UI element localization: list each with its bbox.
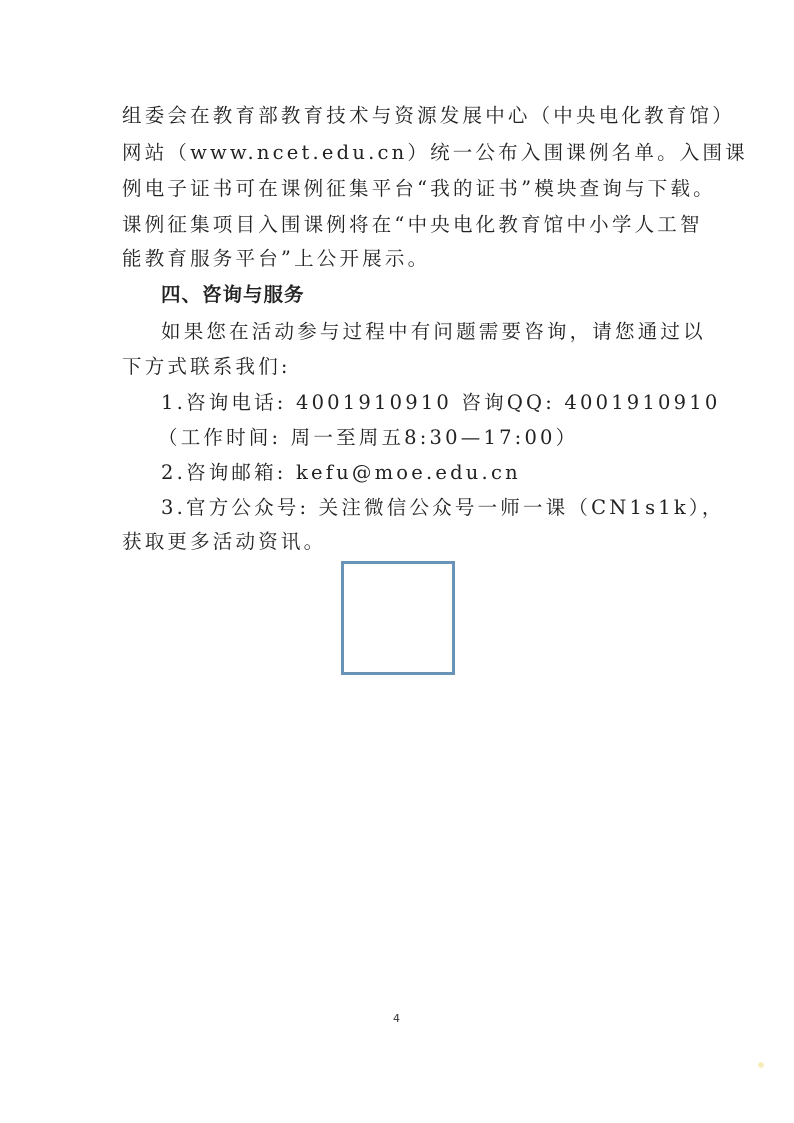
watermark-icon (758, 1062, 764, 1068)
page-number: 4 (393, 1012, 400, 1025)
body-text-line: 网站（www.ncet.edu.cn）统一公布入围课例名单。入围课 (122, 141, 748, 165)
qr-code-frame (341, 561, 455, 675)
body-text-line: 课例征集项目入围课例将在“中央电化教育馆中小学人工智 (122, 213, 703, 237)
contact-wechat: 3.官方公众号: 关注微信公众号一师一课（CN1s1k）， (161, 496, 725, 520)
contact-wechat-cont: 获取更多活动资讯。 (122, 530, 326, 554)
contact-email: 2.咨询邮箱: kefu@moe.edu.cn (161, 461, 521, 485)
body-text-line: 例电子证书可在课例征集平台“我的证书”模块查询与下载。 (122, 177, 716, 201)
contact-phone: 1.咨询电话: 4001910910 咨询QQ: 4001910910 (161, 391, 720, 415)
body-text-line: 下方式联系我们: (122, 355, 291, 379)
body-text-line: 能教育服务平台”上公开展示。 (122, 247, 430, 271)
body-text-line: 组委会在教育部教育技术与资源发展中心（中央电化教育馆） (122, 104, 735, 128)
section-heading: 四、咨询与服务 (161, 283, 305, 307)
body-text-line: 如果您在活动参与过程中有问题需要咨询，请您通过以 (161, 320, 706, 344)
contact-hours: （工作时间: 周一至周五8:30—17:00） (158, 426, 578, 450)
